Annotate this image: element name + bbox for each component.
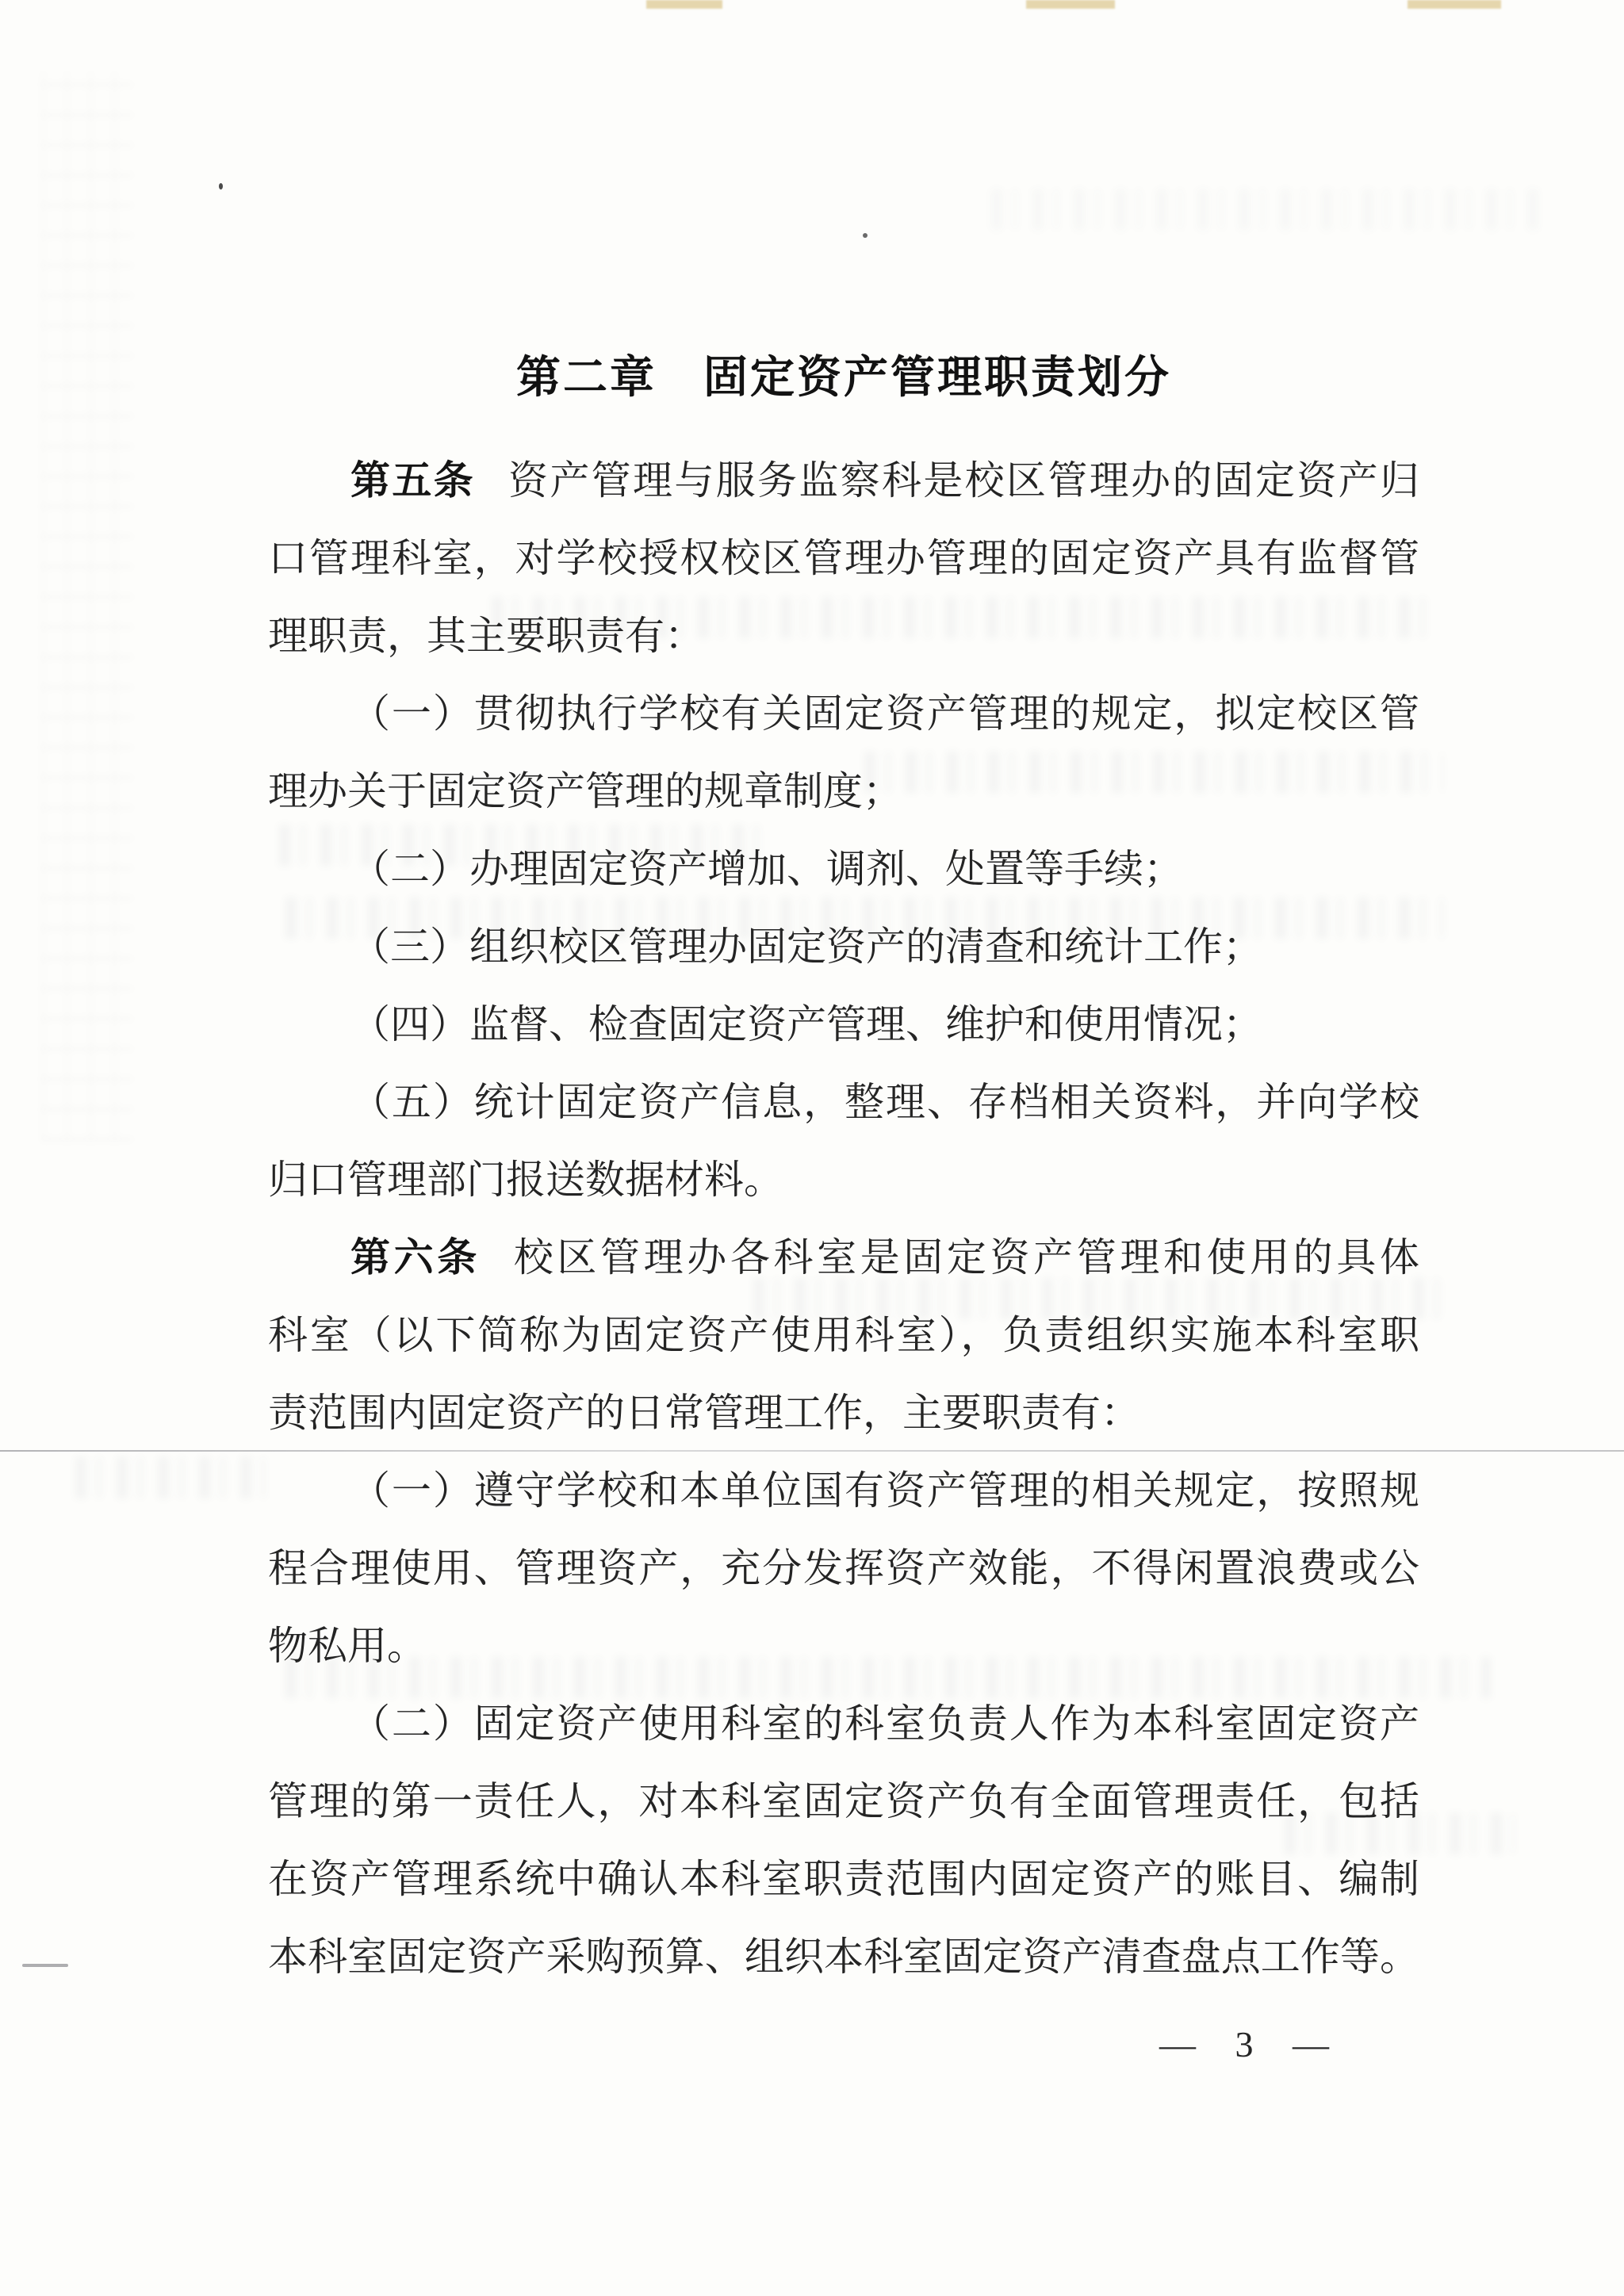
line-text: 科室（以下简称为固定资产使用科室），负责组织实施本科室职 xyxy=(268,1313,1419,1357)
document-line: （二）固定资产使用科室的科室负责人作为本科室固定资产 xyxy=(268,1699,1419,1748)
document-line: 管理的第一责任人，对本科室固定资产负有全面管理责任，包括 xyxy=(268,1777,1419,1826)
document-line: （五）统计固定资产信息，整理、存档相关资料，并向学校 xyxy=(268,1077,1419,1127)
scanned-document-page: 第二章 固定资产管理职责划分 第五条资产管理与服务监察科是校区管理办的固定资产归… xyxy=(0,0,1624,2296)
document-line: （一）贯彻执行学校有关固定资产管理的规定，拟定校区管 xyxy=(268,689,1419,738)
document-line: （四）监督、检查固定资产管理、维护和使用情况； xyxy=(268,1000,1419,1049)
line-text: 程合理使用、管理资产，充分发挥资产效能，不得闲置浪费或公 xyxy=(268,1546,1419,1590)
line-text: （二）办理固定资产增加、调剂、处置等手续； xyxy=(350,847,1183,891)
document-line: 口管理科室，对学校授权校区管理办管理的固定资产具有监督管 xyxy=(268,534,1419,583)
document-line: （一）遵守学校和本单位国有资产管理的相关规定，按照规 xyxy=(268,1466,1419,1515)
line-text: 校区管理办各科室是固定资产管理和使用的具体 xyxy=(514,1235,1419,1280)
line-text: 责范围内固定资产的日常管理工作，主要职责有： xyxy=(268,1391,1140,1435)
document-body: 第五条资产管理与服务监察科是校区管理办的固定资产归口管理科室，对学校授权校区管理… xyxy=(0,0,1624,2296)
line-text: （三）组织校区管理办固定资产的清查和统计工作； xyxy=(350,924,1262,969)
line-text: 资产管理与服务监察科是校区管理办的固定资产归 xyxy=(508,458,1419,503)
line-text: 管理的第一责任人，对本科室固定资产负有全面管理责任，包括 xyxy=(268,1779,1419,1823)
document-line: 责范围内固定资产的日常管理工作，主要职责有： xyxy=(268,1388,1419,1437)
document-line: 程合理使用、管理资产，充分发挥资产效能，不得闲置浪费或公 xyxy=(268,1544,1419,1593)
document-line: 在资产管理系统中确认本科室职责范围内固定资产的账目、编制 xyxy=(268,1854,1419,1904)
line-text: （一）贯彻执行学校有关固定资产管理的规定，拟定校区管 xyxy=(350,691,1419,736)
line-text: （二）固定资产使用科室的科室负责人作为本科室固定资产 xyxy=(350,1701,1419,1746)
article-number: 第五条 xyxy=(350,458,475,503)
document-line: （二）办理固定资产增加、调剂、处置等手续； xyxy=(268,844,1419,894)
line-text: 本科室固定资产采购预算、组织本科室固定资产清查盘点工作等。 xyxy=(268,1934,1419,1979)
document-line: 物私用。 xyxy=(268,1621,1419,1670)
article-number: 第六条 xyxy=(350,1235,481,1280)
document-line: 第六条校区管理办各科室是固定资产管理和使用的具体 xyxy=(268,1233,1419,1282)
page-number: — 3 — xyxy=(1159,2023,1381,2065)
document-line: 科室（以下简称为固定资产使用科室），负责组织实施本科室职 xyxy=(268,1311,1419,1360)
line-text: 理办关于固定资产管理的规章制度； xyxy=(268,769,902,813)
line-text: （一）遵守学校和本单位国有资产管理的相关规定，按照规 xyxy=(350,1468,1419,1513)
document-line: 理办关于固定资产管理的规章制度； xyxy=(268,767,1419,816)
line-text: 在资产管理系统中确认本科室职责范围内固定资产的账目、编制 xyxy=(268,1857,1419,1901)
document-line: 第五条资产管理与服务监察科是校区管理办的固定资产归 xyxy=(268,456,1419,505)
line-text: 归口管理部门报送数据材料。 xyxy=(268,1158,783,1202)
line-text: 物私用。 xyxy=(268,1624,427,1668)
document-line: （三）组织校区管理办固定资产的清查和统计工作； xyxy=(268,922,1419,971)
line-text: 口管理科室，对学校授权校区管理办管理的固定资产具有监督管 xyxy=(268,536,1419,580)
line-text: （四）监督、检查固定资产管理、维护和使用情况； xyxy=(350,1002,1262,1047)
document-line: 本科室固定资产采购预算、组织本科室固定资产清查盘点工作等。 xyxy=(268,1932,1419,1981)
line-text: （五）统计固定资产信息，整理、存档相关资料，并向学校 xyxy=(350,1080,1419,1124)
document-line: 理职责，其主要职责有： xyxy=(268,611,1419,660)
document-line: 归口管理部门报送数据材料。 xyxy=(268,1155,1419,1204)
line-text: 理职责，其主要职责有： xyxy=(268,614,704,658)
